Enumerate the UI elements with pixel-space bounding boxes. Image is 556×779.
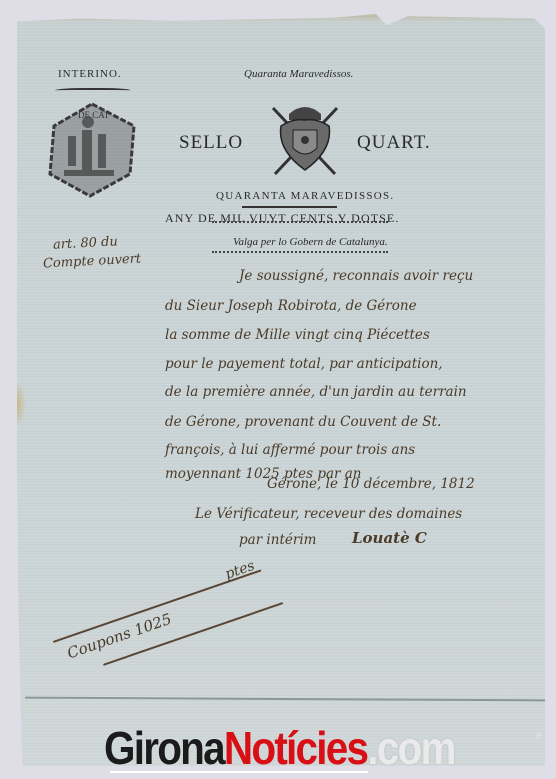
document-paper: INTERINO. Quaranta Maravedissos. DE CAT … — [17, 14, 545, 766]
interino-brace-rule — [55, 88, 131, 94]
body-line-5: de la première année, d'un jardin au ter… — [165, 384, 467, 400]
date-line: Gérone, le 10 décembre, 1812 — [267, 476, 475, 492]
valga-line: Valga per lo Gobern de Catalunya. — [233, 236, 388, 248]
bottom-fold-crease — [25, 697, 545, 702]
coupon-suffix: ptes — [223, 558, 257, 583]
top-edge-stain — [17, 14, 545, 22]
hexagonal-stamp-icon: DE CAT — [42, 100, 144, 200]
signature: Louatè C — [352, 529, 427, 547]
margin-note-line2: Compte ouvert — [43, 251, 142, 271]
body-line-2: du Sieur Joseph Robirota, de Gérone — [165, 298, 417, 314]
dotted-rule-bottom — [212, 251, 388, 253]
coupon-note: Coupons 1025 ptes — [31, 533, 275, 684]
interino-label: INTERINO. — [58, 68, 122, 80]
quart-heading: QUART. — [357, 132, 431, 154]
quaranta-caps-heading: QUARANTA MARAVEDISSOS. — [216, 190, 395, 202]
year-heading: ANY DE MIL VUYT CENTS Y DOTSE. — [165, 211, 399, 226]
body-line-7: françois, à lui affermé pour trois ans — [165, 442, 415, 458]
heading-rule — [242, 206, 337, 208]
watermark-com: .com — [367, 722, 454, 774]
watermark-underline — [110, 771, 368, 773]
watermark-girona: Girona — [104, 722, 224, 774]
body-line-6: de Gérone, provenant du Couvent de St. — [165, 414, 441, 430]
body-line-1: Je soussigné, reconnais avoir reçu — [239, 268, 473, 284]
coat-of-arms-icon — [267, 100, 343, 180]
dotted-rule-top — [212, 221, 388, 223]
quaranta-italic-heading: Quaranta Maravedissos. — [244, 68, 353, 80]
left-edge-stain — [17, 384, 25, 424]
body-line-4: pour le payement total, par anticipation… — [165, 356, 443, 372]
registered-mark: ® — [536, 731, 542, 740]
gironanoticies-watermark-logo: GironaNotícies.com — [104, 722, 455, 774]
margin-note-line1: art. 80 du — [53, 234, 119, 252]
svg-text:DE CAT: DE CAT — [78, 110, 110, 120]
sello-heading: SELLO — [179, 132, 243, 154]
watermark-noticies: Notícies — [224, 722, 367, 774]
signature-title-line: Le Vérificateur, receveur des domaines — [195, 506, 462, 522]
body-line-3: la somme de Mille vingt cinq Piécettes — [165, 327, 430, 343]
